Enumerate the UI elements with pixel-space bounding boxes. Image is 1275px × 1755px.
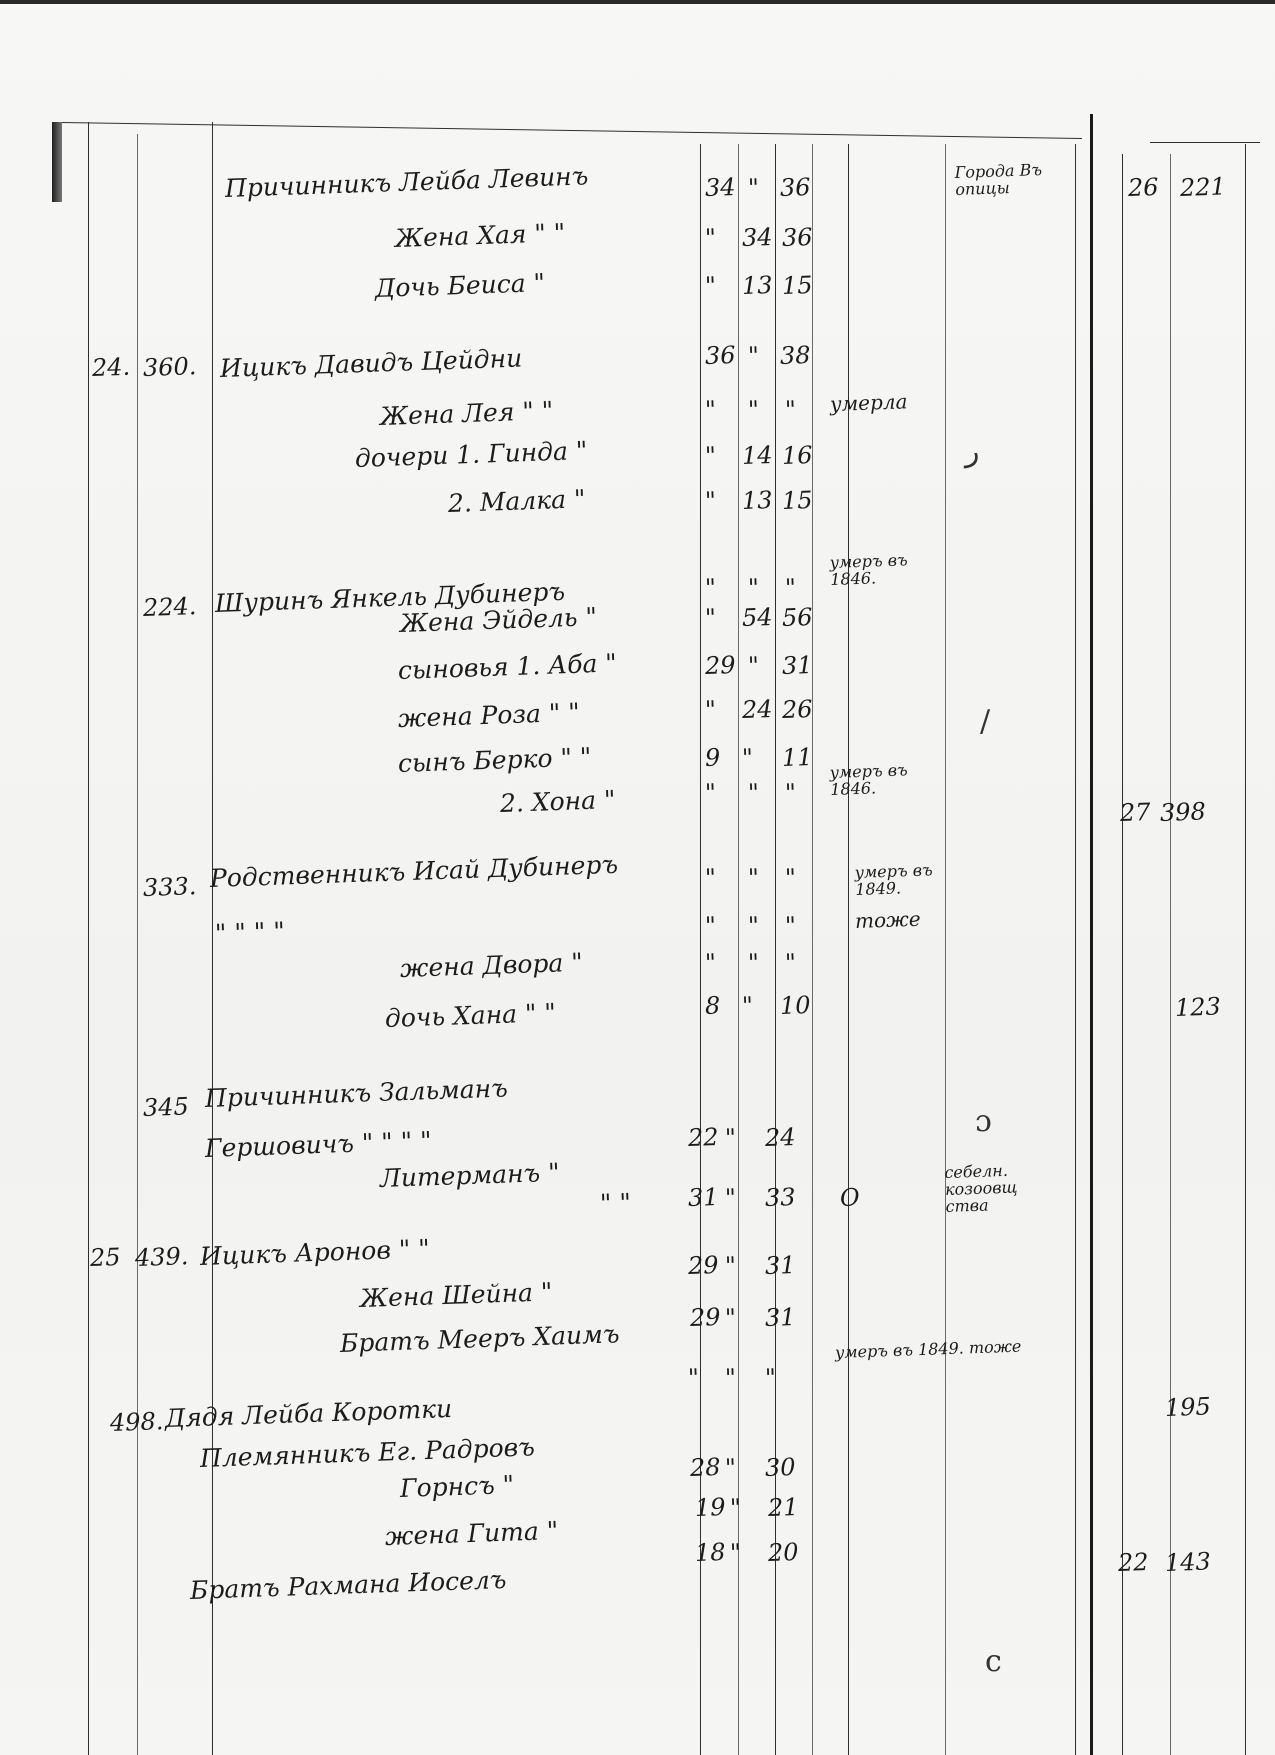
entry-name: Причинникъ Лейба Левинъ: [224, 161, 588, 203]
entry-name: Братъ Рахмана Иоселъ: [189, 1565, 506, 1605]
age-curr: ": [785, 396, 797, 424]
remark: тоже: [855, 907, 921, 933]
pencil-mark: c: [985, 1644, 1002, 1679]
pencil-mark: ر: [965, 434, 980, 469]
age-sep: 13: [742, 271, 774, 300]
column-rule: [1122, 154, 1123, 1755]
age-prev: ": [705, 864, 717, 892]
column-rule: [88, 122, 89, 1755]
age-prev: ": [705, 272, 717, 300]
ref-number-top: 195: [1165, 1392, 1212, 1422]
age-sep: ": [748, 949, 760, 977]
entry-name: дочери 1. Гинда ": [354, 436, 587, 473]
remark: умерла: [830, 389, 908, 416]
age-curr: 36: [782, 223, 814, 252]
age-curr: 11: [782, 743, 814, 772]
house-number: 360.: [143, 352, 197, 382]
age-prev: ": [688, 1364, 700, 1392]
entry-name: Племянникъ Ег. Радровъ: [199, 1432, 535, 1473]
house-number: 224.: [143, 592, 197, 622]
age-prev: 28: [690, 1453, 722, 1482]
entry-name: Братъ Мееръ Хаимъ: [339, 1319, 619, 1358]
age-prev: 29: [690, 1303, 722, 1332]
entry-name: Гершовичъ " " " ": [204, 1126, 432, 1163]
age-curr: 38: [780, 341, 812, 370]
remark: умеръ въ 1849. тоже: [835, 1337, 1025, 1361]
ref-number-b: 398: [1160, 797, 1207, 827]
age-curr: 20: [768, 1538, 800, 1567]
page-binding-shadow: [52, 122, 62, 202]
age-prev: 31: [688, 1183, 720, 1212]
entry-name: Жена Шейна ": [359, 1277, 552, 1313]
age-prev: ": [705, 396, 717, 424]
age-sep: ": [730, 1494, 742, 1522]
entry-name: " ": [599, 1188, 631, 1218]
age-curr: 21: [768, 1493, 800, 1522]
entry-name: жена Гита ": [384, 1516, 558, 1551]
age-sep: 24: [742, 695, 774, 724]
entry-name: сыновья 1. Аба ": [397, 648, 617, 685]
age-prev: 29: [705, 651, 737, 680]
house-number: 333.: [143, 872, 197, 902]
age-curr: 26: [782, 695, 814, 724]
ref-number-b: 143: [1165, 1547, 1212, 1577]
entry-name: Литерманъ ": [379, 1158, 560, 1193]
age-sep: ": [748, 396, 760, 424]
age-prev: 29: [688, 1251, 720, 1280]
age-prev: ": [705, 442, 717, 470]
column-rule: [212, 122, 213, 1755]
age-curr: 15: [782, 486, 814, 515]
entry-name: 2. Малка ": [447, 484, 585, 518]
age-sep: ": [748, 574, 760, 602]
age-prev: ": [705, 604, 717, 632]
age-sep: ": [725, 1252, 737, 1280]
table-top-rule-right: [1150, 142, 1260, 143]
age-curr: 31: [782, 651, 814, 680]
entry-name: дочь Хана " ": [384, 998, 556, 1033]
age-prev: ": [705, 224, 717, 252]
entry-name: жена Двора ": [399, 948, 583, 983]
age-prev: ": [705, 696, 717, 724]
column-rule: [945, 144, 946, 1755]
entry-name: Ицикъ Аронов " ": [199, 1234, 430, 1271]
house-number: 498.: [110, 1407, 164, 1437]
ref-number-b: 123: [1175, 992, 1222, 1022]
age-sep: ": [748, 912, 760, 940]
family-number: 24.: [92, 353, 131, 382]
age-sep: ": [725, 1364, 737, 1392]
entry-name: Ицикъ Давидъ Цейдни: [219, 343, 522, 383]
age-sep: ": [742, 992, 754, 1020]
age-curr: 31: [765, 1251, 797, 1280]
age-prev: 18: [695, 1538, 727, 1567]
column-rule: [1245, 144, 1246, 1755]
ref-number-a: 27: [1120, 798, 1152, 827]
age-curr: 36: [780, 173, 812, 202]
column-rule: [812, 144, 813, 1755]
age-sep: 34: [742, 223, 774, 252]
family-number: 25: [90, 1243, 122, 1272]
age-sep: ": [748, 174, 760, 202]
age-curr: 33: [765, 1183, 797, 1212]
remark: умеръ въ 1849.: [854, 861, 945, 898]
age-curr: 16: [782, 441, 814, 470]
age-prev: 9: [705, 743, 721, 772]
table-top-rule: [62, 122, 1082, 139]
age-curr: 10: [780, 991, 812, 1020]
column-rule: [137, 134, 138, 1755]
age-curr: 30: [765, 1453, 797, 1482]
entry-name: 2. Хона ": [499, 785, 615, 818]
entry-name: Жена Лея " ": [379, 396, 553, 431]
age-curr: 56: [782, 603, 814, 632]
entry-name: Дочь Беиса ": [374, 268, 545, 303]
age-sep: ": [725, 1454, 737, 1482]
age-curr: ": [785, 912, 797, 940]
entry-name: Дядя Лейба Коротки: [164, 1394, 452, 1433]
age-sep: ": [725, 1184, 737, 1212]
entry-name: " " " ": [214, 917, 285, 948]
house-number: 439.: [135, 1242, 189, 1272]
age-prev: ": [705, 487, 717, 515]
age-prev: ": [705, 574, 717, 602]
age-prev: 8: [705, 991, 721, 1020]
entry-name: Жена Хая " ": [394, 218, 565, 253]
side-remark: себелн. козоовщ ства: [944, 1160, 1056, 1215]
age-prev: 22: [688, 1123, 720, 1152]
age-curr: 15: [782, 271, 814, 300]
age-prev: ": [705, 779, 717, 807]
age-sep: ": [748, 652, 760, 680]
pencil-mark: ɔ: [975, 1104, 992, 1139]
age-sep: ": [725, 1304, 737, 1332]
remark: О: [840, 1183, 861, 1212]
age-sep: ": [725, 1124, 737, 1152]
remark: умеръ въ 1846.: [829, 760, 940, 798]
entry-name: Родственникъ Исай Дубинеръ: [209, 850, 618, 893]
age-sep: ": [748, 779, 760, 807]
age-prev: 34: [705, 173, 737, 202]
age-prev: 36: [705, 341, 737, 370]
register-page: Города Въ опицы Причинникъ Лейба Левинъ …: [0, 4, 1275, 1755]
age-prev: 19: [695, 1493, 727, 1522]
entry-name: Жена Эйдель ": [399, 602, 597, 638]
entry-name: жена Роза " ": [397, 698, 580, 733]
remark: умеръ въ 1846.: [829, 550, 940, 588]
column-rule: [848, 144, 849, 1755]
age-sep: ": [742, 744, 754, 772]
age-curr: 31: [765, 1303, 797, 1332]
entry-name: Причинникъ Зальманъ: [204, 1073, 508, 1113]
age-curr: ": [785, 949, 797, 977]
header-remark: Города Въ опицы: [954, 160, 1065, 198]
page-fold-rule: [1090, 114, 1093, 1755]
age-sep: ": [748, 864, 760, 892]
age-curr: ": [785, 574, 797, 602]
age-sep: 13: [742, 486, 774, 515]
age-curr: ": [765, 1364, 777, 1392]
age-sep: ": [730, 1539, 742, 1567]
age-sep: ": [748, 342, 760, 370]
ref-number-b: 221: [1180, 172, 1227, 202]
column-rule: [1170, 154, 1171, 1755]
age-sep: 14: [742, 441, 774, 470]
age-sep: 54: [742, 603, 774, 632]
pencil-mark: /: [980, 704, 990, 739]
column-rule: [1075, 144, 1076, 1755]
ref-number-a: 26: [1128, 173, 1160, 202]
age-prev: ": [705, 949, 717, 977]
age-curr: ": [785, 864, 797, 892]
house-number: 345: [143, 1092, 190, 1122]
age-curr: ": [785, 779, 797, 807]
age-curr: 24: [765, 1123, 797, 1152]
age-prev: ": [705, 912, 717, 940]
entry-name: Горнсъ ": [399, 1470, 514, 1503]
entry-name: сынъ Берко " ": [397, 742, 591, 778]
ref-number-a: 22: [1118, 1548, 1150, 1577]
